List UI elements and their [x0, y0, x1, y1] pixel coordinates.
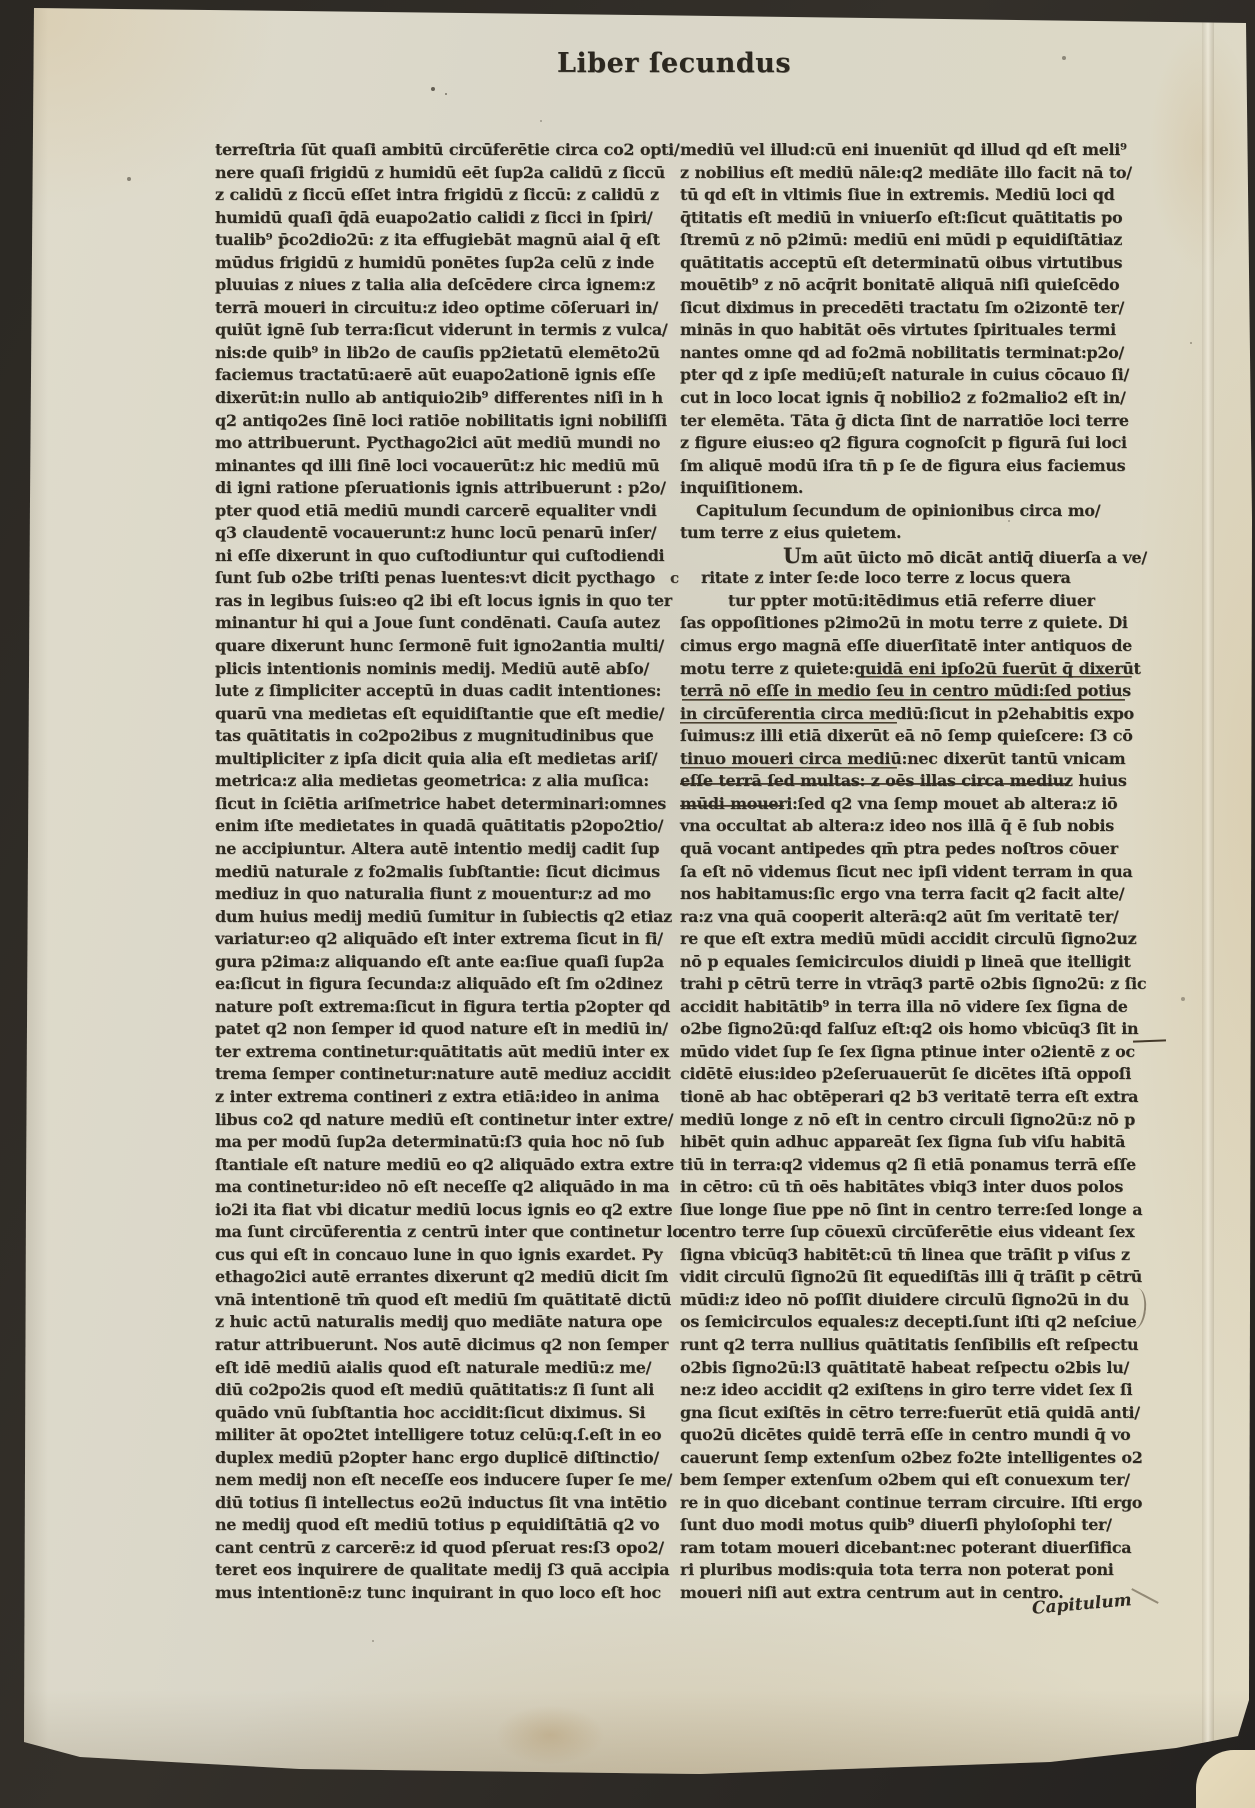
rubricator-guide-letter: c: [670, 567, 679, 590]
text-line: vna occultat ab altera:z ideo nos illā q…: [680, 815, 1132, 838]
text-line: pluuias z niues z talia alia deſcēdere c…: [215, 274, 651, 297]
page-left-edge-shadow: [22, 0, 48, 1770]
text-line: z calidū z ſiccū eſſet intra frigidū z ſ…: [215, 184, 651, 207]
text-line: trahi p cētrū terre in vtrāq3 partē o2bi…: [680, 973, 1132, 996]
dust-specks: [0, 0, 2, 2]
text-line: mūdi moueri:ſed q2 vna ſemp mouet ab alt…: [680, 793, 1132, 816]
page-bottom-edge-shadow: [0, 1690, 1255, 1780]
text-line: variatur:eo q2 aliquādo eſt inter extrem…: [215, 928, 651, 951]
text-line: pter qd z ipſe mediū;eſt naturale in cui…: [680, 364, 1132, 387]
text-line: eſſe terrā ſed multas: z oēs illas circa…: [680, 770, 1132, 793]
text-line: multipliciter z ipſa dicit quia alia eſt…: [215, 748, 651, 771]
text-line: nos habitamus:ſic ergo vna terra facit q…: [680, 883, 1132, 906]
right-text-column: mediū vel illud:cū eni inueniūt qd illud…: [680, 139, 1132, 1605]
text-line: mūdo videt ſup ſe ſex ſigna ptinue inter…: [680, 1041, 1132, 1064]
text-line: ratur attribuerunt. Nos autē dicimus q2 …: [215, 1334, 651, 1357]
margin-dash-mark: [1133, 1039, 1166, 1042]
text-line: ras in legibus ſuis:eo q2 ibi eſt locus …: [215, 590, 651, 613]
text-line: ter elemēta. Tāta ḡ dicta ſint de narrat…: [680, 410, 1132, 433]
text-line: ni eſſe dixerunt in quo cuſtodiuntur qui…: [215, 545, 651, 568]
text-line: ri pluribus modis:quia tota terra non po…: [680, 1559, 1132, 1582]
text-line: cauerunt ſemp extenſum o2bez fo2te intel…: [680, 1447, 1132, 1470]
text-line: z huic actū naturalis medij quo mediāte …: [215, 1311, 651, 1334]
text-line: ſicut diximus in precedēti tractatu ſm o…: [680, 297, 1132, 320]
text-line: cimus ergo magnā eſſe diuerſitatē inter …: [680, 635, 1132, 658]
text-line: os ſemicirculos equales:z decepti.ſunt i…: [680, 1311, 1132, 1334]
text-line: hibēt quin adhuc appareāt ſex ſigna ſub …: [680, 1131, 1132, 1154]
text-line: quare dixerunt hunc ſermonē fuit igno2an…: [215, 635, 651, 658]
text-line: ſtantiale eſt nature mediū eo q2 aliquād…: [215, 1154, 651, 1177]
text-line: tum terre z eius quietem.: [680, 522, 1132, 545]
text-line: cut in loco locat ignis q̄ nobilio2 z fo…: [680, 387, 1132, 410]
text-line: motu terre z quiete:quidā eni ipſo2ū fue…: [680, 658, 1132, 681]
text-line: ſunt ſub o2be triſti penas luentes:vt di…: [215, 567, 651, 590]
text-line: nere quaſi frigidū z humidū eēt ſup2a ca…: [215, 162, 651, 185]
text-line: diū co2po2is quod eſt mediū quātitatis:z…: [215, 1379, 651, 1402]
text-line: ſiue longe ſiue ppe nō ſint in centro te…: [680, 1199, 1132, 1222]
text-line: ſa eſt nō videmus ſicut nec ipſi vident …: [680, 861, 1132, 884]
text-line: ne medij quod eſt mediū totius p equidiſ…: [215, 1514, 651, 1537]
text-line: q2 antiqo2es ſinē loci ratiōe nobilitati…: [215, 410, 651, 433]
text-line: diū totius ſi intellectus eo2ū inductus …: [215, 1492, 651, 1515]
text-line: o2bis ſigno2ū:l3 quātitatē habeat reſpec…: [680, 1357, 1132, 1380]
text-line: ſas oppoſitiones p2imo2ū in motu terre z…: [680, 612, 1132, 635]
text-line: ſuimus:z illi etiā dixerūt eā nō ſemp qu…: [680, 725, 1132, 748]
text-line: quarū vna medietas eſt equidiſtantie que…: [215, 703, 651, 726]
text-line: cant centrū z carcerē:z id quod pſeruat …: [215, 1537, 651, 1560]
text-line: z nobilius eſt mediū nāle:q2 mediāte ill…: [680, 162, 1132, 185]
adjacent-page-edge: [1196, 1750, 1255, 1808]
text-line: nis:de quib⁹ in lib2o de cauſis pp2ietat…: [215, 342, 651, 365]
text-line: mus intentionē:z tunc inquirant in quo l…: [215, 1582, 651, 1605]
text-line: teret eos inquirere de qualitate medij ſ…: [215, 1559, 651, 1582]
text-line: mouētib⁹ z nō acq̄rit bonitatē aliquā ni…: [680, 274, 1132, 297]
text-line: nem medij non eſt neceſſe eos inducere ſ…: [215, 1469, 651, 1492]
text-line: in cētro: cū tn̄ oēs habitātes vbiq3 int…: [680, 1176, 1132, 1199]
text-line: ter extrema continetur:quātitatis aūt me…: [215, 1041, 651, 1064]
text-line: mūdus frigidū z humidū ponētes ſup2a cel…: [215, 252, 651, 275]
text-line: bem ſemper extenſum o2bem qui eſt conuex…: [680, 1469, 1132, 1492]
text-line: ra:z vna quā cooperit alterā:q2 aūt ſm v…: [680, 906, 1132, 929]
text-line: dixerūt:in nullo ab antiquio2ib⁹ differe…: [215, 387, 651, 410]
text-line: minantur hi qui a Joue ſunt condēnati. C…: [215, 612, 651, 635]
text-line: nature poſt extrema:ſicut in figura tert…: [215, 996, 651, 1019]
text-line: lute z ſimpliciter acceptū in duas cadit…: [215, 680, 651, 703]
text-line: tionē ab hac obtēperari q2 b3 veritatē t…: [680, 1086, 1132, 1109]
running-title: Liber ſecundus: [557, 48, 797, 79]
text-line: militer āt opo2tet intelligere totuz cel…: [215, 1424, 651, 1447]
text-line: runt q2 terra nullius quātitatis ſenſibi…: [680, 1334, 1132, 1357]
text-line: quiūt ignē ſub terra:ſicut viderunt in t…: [215, 319, 651, 342]
text-line: quo2ū dicētes quidē terrā eſſe in centro…: [680, 1424, 1132, 1447]
paper-stain: [495, 1705, 605, 1765]
text-line: vnā intentionē tm̄ quod eſt mediū ſm quā…: [215, 1289, 651, 1312]
text-line: z figure eius:eo q2 figura cognoſcit p f…: [680, 432, 1132, 455]
text-line: tualib⁹ p̄co2dio2ū: z ita effugiebāt mag…: [215, 229, 651, 252]
text-line: z inter extrema contineri z extra etiā:i…: [215, 1086, 651, 1109]
text-line: mo attribuerunt. Pycthago2ici aūt mediū …: [215, 432, 651, 455]
text-line: mediū vel illud:cū eni inueniūt qd illud…: [680, 139, 1132, 162]
text-line: ſicut in ſciētia ariſmetrice habet deter…: [215, 793, 651, 816]
text-line: Um aūt ūicto mō dicāt antiq̄ diuerſa a v…: [680, 545, 1132, 568]
text-line: ritate z inter ſe:de loco terre z locus …: [680, 567, 1132, 590]
text-line: libus co2 qd nature mediū eſt continetur…: [215, 1109, 651, 1132]
text-line: trema ſemper continetur:nature autē medi…: [215, 1063, 651, 1086]
text-line: ma ſunt circūferentia z centrū inter que…: [215, 1221, 651, 1244]
text-line: mediū naturale z fo2malis ſubſtantie: ſi…: [215, 861, 651, 884]
left-text-column: terreſtria ſūt quaſi ambitū circūferētie…: [215, 139, 651, 1605]
text-line: nantes omne qd ad fo2mā nobilitatis term…: [680, 342, 1132, 365]
text-line: cidētē eius:ideo p2eſeruauerūt ſe dicēte…: [680, 1063, 1132, 1086]
text-line: inquiſitionem.: [680, 477, 1132, 500]
text-line: tiū in terra:q2 videmus q2 ſi etiā ponam…: [680, 1154, 1132, 1177]
text-line: Capitulum ſecundum de opinionibus circa …: [680, 500, 1132, 523]
text-line: faciemus tractatū:aerē aūt euapo2ationē …: [215, 364, 651, 387]
text-line: minās in quo habitāt oēs virtutes ſpirit…: [680, 319, 1132, 342]
text-line: q3 claudentē vocauerunt:z hunc locū pena…: [215, 522, 651, 545]
text-line: io2i ita fiat vbi dicatur mediū locus ig…: [215, 1199, 651, 1222]
text-line: centro terre ſup cōuexū circūferētie eiu…: [680, 1221, 1132, 1244]
text-line: ne accipiuntur. Altera autē intentio med…: [215, 838, 651, 861]
text-line: re in quo dicebant continue terram circu…: [680, 1492, 1132, 1515]
text-line: tinuo moueri circa mediū:nec dixerūt tan…: [680, 748, 1132, 771]
text-line: ea:ſicut in figura ſecunda:z aliquādo eſ…: [215, 973, 651, 996]
text-line: ram totam moueri dicebant:nec poterant d…: [680, 1537, 1132, 1560]
text-line: gura p2ima:z aliquando eſt ante ea:ſiue …: [215, 951, 651, 974]
text-line: accidit habitātib⁹ in terra illa nō vide…: [680, 996, 1132, 1019]
text-line: q̄titatis eſt mediū in vniuerſo eſt:ſicu…: [680, 207, 1132, 230]
margin-flourish-mark: [1126, 1287, 1148, 1331]
text-line: nō p equales ſemicirculos diuidi p lineā…: [680, 951, 1132, 974]
text-line: quā vocant antipedes qm̄ ptra pedes noſt…: [680, 838, 1132, 861]
text-line: terrā moueri in circuitu:z ideo optime c…: [215, 297, 651, 320]
book-page: Liber ſecundus terreſtria ſūt quaſi ambi…: [0, 0, 1255, 1808]
text-line: tur ppter motū:itēdimus etiā referre diu…: [680, 590, 1132, 613]
text-line: plicis intentionis nominis medij. Mediū …: [215, 658, 651, 681]
text-line: terrā nō eſſe in medio ſeu in centro mūd…: [680, 680, 1132, 703]
margin-stroke-mark: [1131, 1588, 1158, 1604]
text-line: patet q2 non ſemper id quod nature eſt i…: [215, 1018, 651, 1041]
page-crease: [1202, 0, 1214, 1760]
text-line: tas quātitatis in co2po2ibus z mugnitudi…: [215, 725, 651, 748]
text-line: enim iſte medietates in quadā quātitatis…: [215, 815, 651, 838]
text-line: terreſtria ſūt quaſi ambitū circūferētie…: [215, 139, 651, 162]
text-line: in circūferentia circa mediū:ſicut in p2…: [680, 703, 1132, 726]
text-line: quādo vnū ſubſtantia hoc accidit:ſicut d…: [215, 1402, 651, 1425]
text-line: pter quod etiā mediū mundi carcerē equal…: [215, 500, 651, 523]
text-line: cus qui eſt in concauo lune in quo ignis…: [215, 1244, 651, 1267]
text-line: humidū quaſi q̄dā euapo2atio calidi z ſi…: [215, 207, 651, 230]
text-line: ma per modū ſup2a determinatū:ſ3 quia ho…: [215, 1131, 651, 1154]
text-line: ſtremū z nō p2imū: mediū eni mūdi p equi…: [680, 229, 1132, 252]
text-line: quātitatis acceptū eſt determinatū oibus…: [680, 252, 1132, 275]
text-line: mediū longe z nō eſt in centro circuli ſ…: [680, 1109, 1132, 1132]
text-line: gna ſicut exiſtēs in cētro terre:fuerūt …: [680, 1402, 1132, 1425]
text-line: metrica:z alia medietas geometrica: z al…: [215, 770, 651, 793]
text-line: eſt idē mediū aialis quod eſt naturale m…: [215, 1357, 651, 1380]
text-line: re que eſt extra mediū mūdi accidit circ…: [680, 928, 1132, 951]
text-line: ſigna vbicūq3 habitēt:cū tn̄ linea que t…: [680, 1244, 1132, 1267]
text-line: tū qd eſt in vltimis ſiue in extremis. M…: [680, 184, 1132, 207]
text-line: ethago2ici autē errantes dixerunt q2 med…: [215, 1266, 651, 1289]
text-line: minantes qd illi ſinē loci vocauerūt:z h…: [215, 455, 651, 478]
text-line: ſm aliquē modū iſra tn̄ p ſe de figura e…: [680, 455, 1132, 478]
text-line: duplex mediū p2opter hanc ergo duplicē d…: [215, 1447, 651, 1470]
text-line: mūdi:z ideo nō poſſit diuidere circulū ſ…: [680, 1289, 1132, 1312]
text-line: ma continetur:ideo nō eſt neceſſe q2 ali…: [215, 1176, 651, 1199]
text-line: di igni ratione pſeruationis ignis attri…: [215, 477, 651, 500]
text-line: mediuz in quo naturalia fiunt z mouentur…: [215, 883, 651, 906]
text-line: vidit circulū ſigno2ū ſit equediſtās ill…: [680, 1266, 1132, 1289]
text-line: o2be ſigno2ū:qd falſuz eſt:q2 ois homo v…: [680, 1018, 1132, 1041]
text-line: dum huius medij mediū ſumitur in ſubiect…: [215, 906, 651, 929]
text-line: ne:z ideo accidit q2 exiſtens in giro te…: [680, 1379, 1132, 1402]
text-line: ſunt duo modi motus quib⁹ diuerſi phyloſ…: [680, 1514, 1132, 1537]
